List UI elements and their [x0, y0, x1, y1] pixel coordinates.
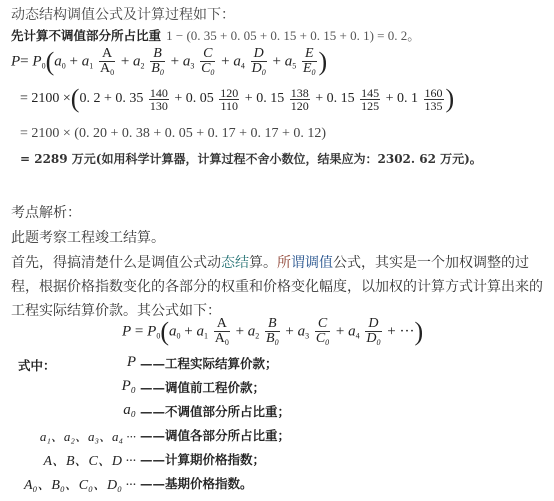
term-a4: a — [233, 53, 241, 69]
den: B — [151, 61, 160, 76]
step1-expression: 1 − (0. 35 + 0. 05 + 0. 15 + 0. 15 + 0. … — [166, 28, 420, 43]
text: 公式，其实是一个加权调整的过 — [333, 255, 529, 271]
num: 140 — [149, 87, 169, 99]
calc-line-3: = 2289 万元(如用科学计算器，计算过程不舍小数位，结果应为：2302. 6… — [20, 150, 482, 167]
term-a1: a — [196, 323, 204, 339]
keyword-link[interactable]: 态结 — [221, 255, 249, 271]
den: 130 — [149, 99, 169, 112]
fraction-b: BB0 — [150, 47, 165, 77]
right-paren: ) — [414, 317, 423, 346]
dash: —— — [140, 404, 165, 419]
fraction-d: DD0 — [251, 47, 267, 77]
dash: —— — [140, 452, 165, 467]
fraction-b: BB0 — [265, 317, 280, 347]
dash: —— — [140, 428, 165, 443]
num: 120 — [219, 87, 239, 99]
right-paren: ) — [446, 84, 455, 113]
term-a3: a — [298, 323, 306, 339]
den: D — [366, 331, 376, 346]
op: + — [171, 53, 179, 69]
legend-description: 计算期价格指数； — [165, 452, 265, 467]
den-sub: 0 — [110, 68, 114, 77]
formula-definition: P = P0(a0 + a1 AA0 + a2 BB0 + a3 CC0 + a… — [122, 317, 423, 347]
num: A — [214, 317, 230, 331]
den-sub: 0 — [312, 68, 316, 77]
num: 145 — [360, 87, 380, 99]
coef: 0. 05 — [186, 91, 214, 106]
term-a0-sub: 0 — [62, 61, 66, 70]
legend-description: 调值前工程价款； — [165, 380, 265, 395]
analysis-paragraph-line-1: 首先，得搞清楚什么是调值公式动态结算。所谓调值公式，其实是一个加权调整的过 — [11, 252, 529, 272]
num: 160 — [424, 87, 444, 99]
legend-description: 不调值部分所占比重； — [165, 404, 290, 419]
legend-symbol: A、B、C、D ··· — [43, 450, 136, 470]
formula-lhs: P — [122, 323, 131, 339]
den: E — [303, 61, 312, 76]
formula-base: P — [147, 323, 156, 339]
op: + — [245, 91, 253, 106]
left-paren: ( — [46, 47, 55, 76]
op: + — [69, 53, 77, 69]
op: + — [221, 53, 229, 69]
den-sub: 0 — [262, 68, 266, 77]
fraction-c: CC0 — [200, 47, 215, 77]
den: D — [252, 61, 262, 76]
legend-description: 调值各部分所占比重； — [165, 428, 290, 443]
formula-lhs: P — [11, 53, 20, 69]
den: 110 — [219, 99, 239, 112]
den-sub: 0 — [160, 68, 164, 77]
num: E — [302, 47, 317, 61]
num: D — [251, 47, 267, 61]
coef: 0. 15 — [327, 91, 355, 106]
den-sub: 0 — [210, 68, 214, 77]
fraction: 138120 — [290, 87, 310, 112]
legend-symbol: P — [127, 354, 136, 371]
legend-symbol: a₀ — [123, 402, 136, 419]
keyword-link[interactable]: 谓调值 — [291, 255, 333, 271]
op: + — [104, 91, 112, 106]
dash: —— — [140, 476, 165, 491]
fraction: 160135 — [424, 87, 444, 112]
den: 135 — [424, 99, 444, 112]
sub: 0 — [176, 331, 180, 340]
term-a0: a — [54, 53, 62, 69]
sub: 0 — [275, 338, 279, 347]
op: + — [386, 91, 394, 106]
num: C — [200, 47, 215, 61]
formula-eq: = — [135, 323, 143, 339]
sub: 1 — [204, 331, 208, 340]
sub: 1 — [89, 61, 93, 70]
section-title: 动态结构调值公式及计算过程如下： — [11, 4, 235, 24]
fraction-d: DD0 — [365, 317, 381, 347]
num: B — [150, 47, 165, 61]
analysis-line-1: 此题考察工程竣工结算。 — [11, 227, 165, 247]
legend-symbol: P₀ — [122, 378, 136, 395]
fraction-e: EE0 — [302, 47, 317, 77]
den: 125 — [360, 99, 380, 112]
right-paren: ) — [319, 47, 328, 76]
num: D — [365, 317, 381, 331]
sub: 5 — [292, 61, 296, 70]
sub: 4 — [356, 331, 360, 340]
sub: 0 — [377, 338, 381, 347]
legend-description: 工程实际结算价款； — [165, 356, 278, 371]
left-paren: ( — [160, 317, 169, 346]
op: + — [273, 53, 281, 69]
sub: 3 — [305, 331, 309, 340]
dash: —— — [140, 356, 165, 371]
op: + — [174, 91, 182, 106]
num: B — [265, 317, 280, 331]
legend-symbol: A₀、B₀、C₀、D₀ ··· — [24, 474, 136, 494]
den: A — [215, 331, 225, 346]
dash: —— — [140, 380, 165, 395]
formula-base: P — [32, 53, 41, 69]
text: 算。 — [249, 255, 277, 271]
coef: 0. 15 — [256, 91, 284, 106]
sub: 0 — [225, 338, 229, 347]
legend-label: 式中： — [18, 356, 56, 374]
op: + — [121, 53, 129, 69]
step1-label: 先计算不调值部分所占比重 — [11, 28, 161, 43]
coef: 0. 1 — [397, 91, 418, 106]
calc-line-1: = 2100 ×(0. 2 + 0. 35 140130 + 0. 05 120… — [20, 86, 454, 112]
calc-prefix: = 2100 × — [20, 91, 71, 106]
term-a2: a — [133, 53, 141, 69]
sub: 2 — [141, 61, 145, 70]
sub: 3 — [190, 61, 194, 70]
fraction: 120110 — [219, 87, 239, 112]
fraction-a: AA0 — [99, 47, 115, 77]
text: 首先，得搞清楚什么是调值公式动 — [11, 255, 221, 271]
formula-eq: = — [20, 53, 28, 69]
analysis-heading: 考点解析： — [11, 202, 81, 222]
term-a4: a — [348, 323, 356, 339]
den: C — [316, 331, 325, 346]
legend-symbol: a₁、a₂、a₃、a₄ ··· — [40, 426, 136, 445]
analysis-paragraph-line-2: 程，根据价格指数变化的各部分的权重和价格变化幅度，以加权的计算方式计算出来的 — [11, 276, 543, 296]
fraction-c: CC0 — [315, 317, 330, 347]
calc-line-2: = 2100 × (0. 20 + 0. 38 + 0. 05 + 0. 17 … — [20, 126, 326, 142]
coef: 0. 35 — [115, 91, 143, 106]
den: B — [266, 331, 275, 346]
step1-line: 先计算不调值部分所占比重 1 − (0. 35 + 0. 05 + 0. 15 … — [11, 25, 420, 44]
fraction-a: AA0 — [214, 317, 230, 347]
num: 138 — [290, 87, 310, 99]
den: A — [100, 61, 110, 76]
sub: 0 — [325, 338, 329, 347]
fraction: 140130 — [149, 87, 169, 112]
sub: 2 — [255, 331, 259, 340]
legend-description: 基期价格指数。 — [165, 476, 253, 491]
formula-general: P= P0(a0 + a1 AA0 + a2 BB0 + a3 CC0 + a4… — [11, 47, 327, 77]
num: A — [99, 47, 115, 61]
keyword-link[interactable]: 所 — [277, 255, 291, 271]
op: + — [315, 91, 323, 106]
fraction: 145125 — [360, 87, 380, 112]
num: C — [315, 317, 330, 331]
den: 120 — [290, 99, 310, 112]
calc-a0: 0. 2 — [79, 91, 100, 106]
ellipsis: + ··· — [387, 323, 414, 339]
sub: 4 — [241, 61, 245, 70]
